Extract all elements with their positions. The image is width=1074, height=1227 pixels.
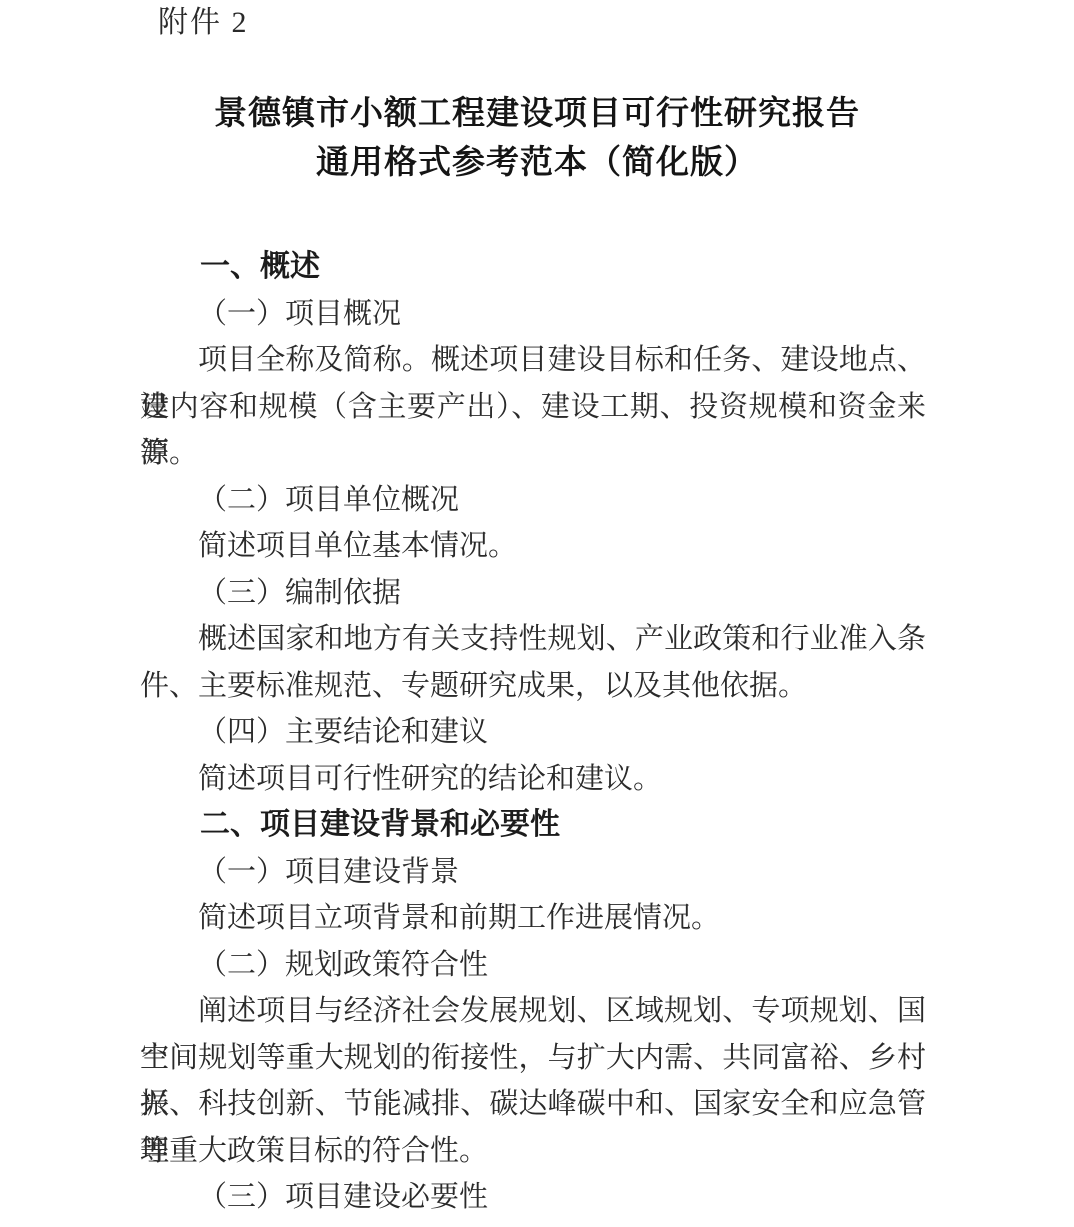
document-title-line1: 景德镇市小额工程建设项目可行性研究报告 [140,90,934,139]
subsection-heading: （三）项目建设必要性 [140,1174,926,1221]
body-line: 概述国家和地方有关支持性规划、产业政策和行业准入条 [140,616,926,663]
document-body: 一、概述 （一）项目概况 项目全称及简称。概述项目建设目标和任务、建设地点、建 … [140,244,926,1221]
subsection-heading: （二）项目单位概况 [140,477,926,524]
section-heading: 一、概述 [140,244,926,291]
subsection-heading: （三）编制依据 [140,570,926,617]
document-title: 景德镇市小额工程建设项目可行性研究报告 通用格式参考范本（简化版） [140,90,934,188]
subsection-heading: （四）主要结论和建议 [140,709,926,756]
subsection-heading: （一）项目建设背景 [140,849,926,896]
document-page: 附件 2 景德镇市小额工程建设项目可行性研究报告 通用格式参考范本（简化版） 一… [0,0,1074,1227]
body-line: 简述项目立项背景和前期工作进展情况。 [140,895,926,942]
body-line: 项目全称及简称。概述项目建设目标和任务、建设地点、建 [140,337,926,384]
subsection-heading: （二）规划政策符合性 [140,942,926,989]
subsection-heading: （一）项目概况 [140,291,926,338]
body-line: 阐述项目与经济社会发展规划、区域规划、专项规划、国土 [140,988,926,1035]
body-line: 件、主要标准规范、专题研究成果，以及其他依据。 [140,663,926,710]
document-title-line2: 通用格式参考范本（简化版） [140,139,934,188]
section-heading: 二、项目建设背景和必要性 [140,802,926,849]
body-line: 空间规划等重大规划的衔接性，与扩大内需、共同富裕、乡村振 [140,1035,926,1082]
body-line: 简述项目可行性研究的结论和建议。 [140,756,926,803]
body-line: 简述项目单位基本情况。 [140,523,926,570]
body-line: 兴、科技创新、节能减排、碳达峰碳中和、国家安全和应急管理 [140,1081,926,1128]
body-line: 设内容和规模（含主要产出）、建设工期、投资规模和资金来源 [140,384,926,431]
annex-label: 附件 2 [158,3,249,43]
body-line: 等。 [140,430,926,477]
body-line: 等重大政策目标的符合性。 [140,1128,926,1175]
